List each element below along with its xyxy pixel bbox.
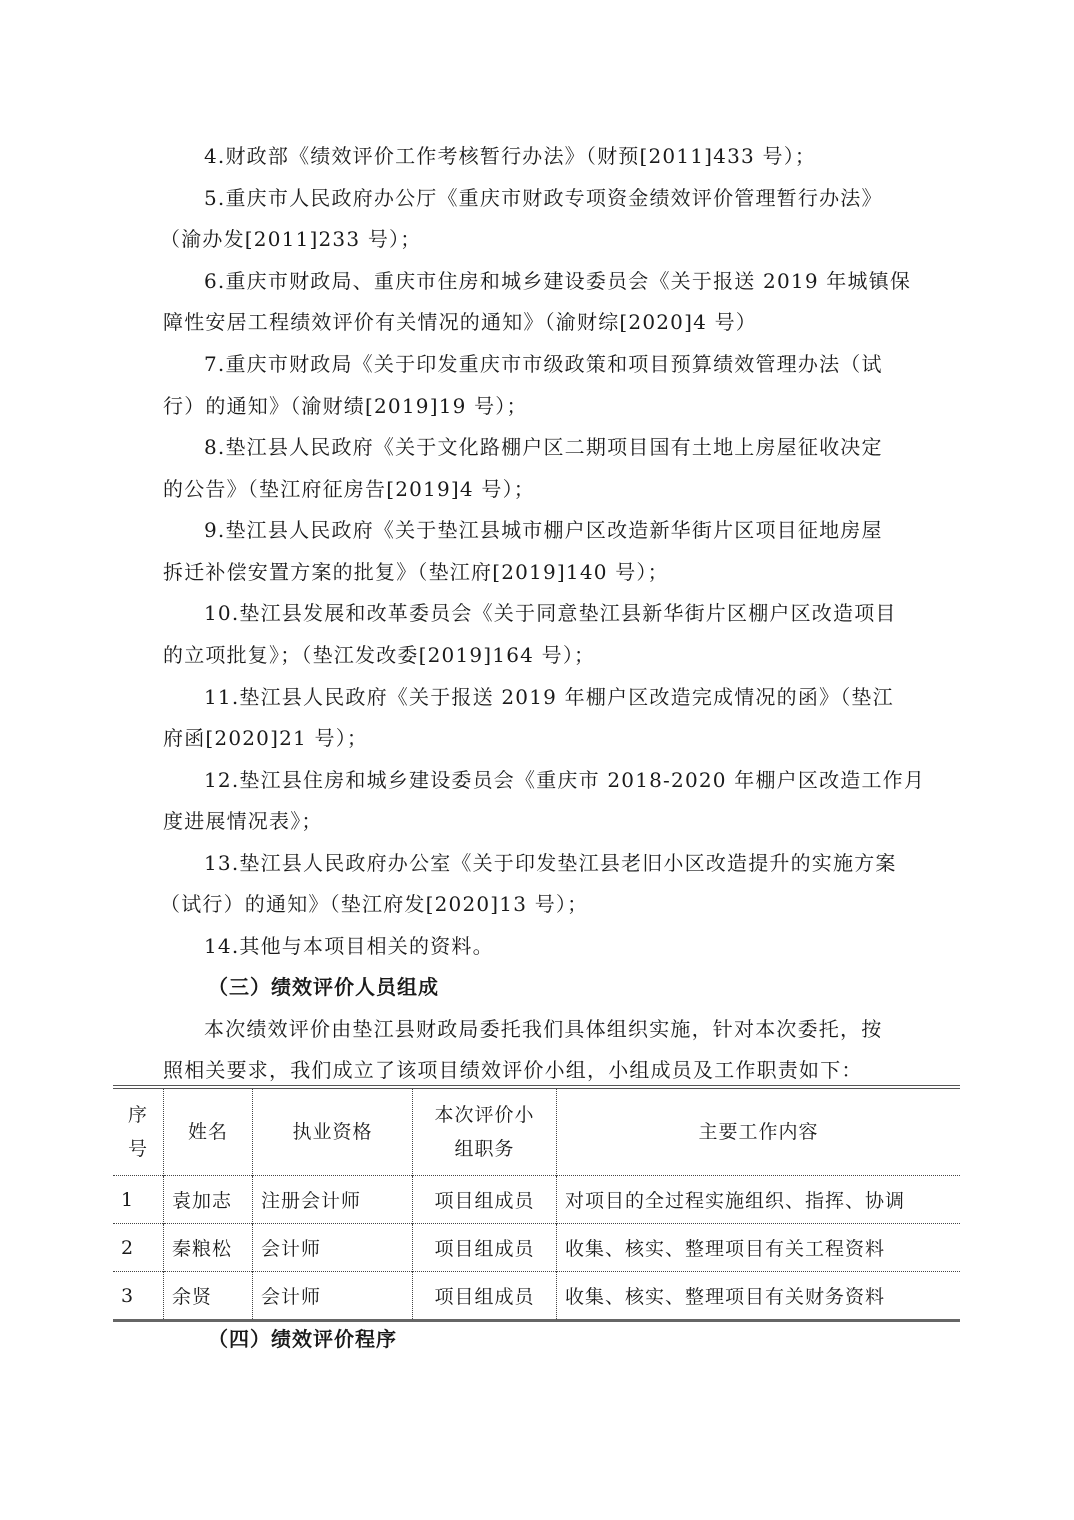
reference-item-11: 11.垫江县人民政府《关于报送 2019 年棚户区改造完成情况的函》（垫江 bbox=[204, 684, 894, 710]
reference-item-10-cont: 的立项批复》；（垫江发改委[2019]164 号）； bbox=[163, 642, 595, 668]
reference-item-12: 12.垫江县住房和城乡建设委员会《重庆市 2018-2020 年棚户区改造工作月 bbox=[204, 767, 925, 793]
section-heading-procedure: （四）绩效评价程序 bbox=[208, 1326, 397, 1352]
reference-item-11-cont: 府函[2020]21 号）； bbox=[163, 725, 368, 751]
header-role-line2: 组职务 bbox=[421, 1132, 548, 1166]
header-seq-line2: 号 bbox=[121, 1132, 155, 1166]
reference-item-8: 8.垫江县人民政府《关于文化路棚户区二期项目国有土地上房屋征收决定 bbox=[204, 434, 883, 460]
reference-item-6: 6.重庆市财政局、重庆市住房和城乡建设委员会《关于报送 2019 年城镇保 bbox=[204, 268, 911, 294]
reference-item-13-cont: （试行）的通知》（垫江府发[2020]13 号）； bbox=[160, 891, 588, 917]
header-work: 主要工作内容 bbox=[557, 1087, 961, 1176]
cell-qualification: 注册会计师 bbox=[253, 1176, 413, 1224]
cell-name: 袁加志 bbox=[164, 1176, 253, 1224]
header-role-line1: 本次评价小 bbox=[421, 1098, 548, 1132]
reference-item-10: 10.垫江县发展和改革委员会《关于同意垫江县新华街片区棚户区改造项目 bbox=[204, 600, 897, 626]
table-header-row: 序 号 姓名 执业资格 本次评价小 组职务 主要工作内容 bbox=[113, 1087, 960, 1176]
section-heading-staff: （三）绩效评价人员组成 bbox=[208, 974, 439, 1000]
reference-item-7: 7.重庆市财政局《关于印发重庆市市级政策和项目预算绩效管理办法（试 bbox=[204, 351, 883, 377]
cell-role: 项目组成员 bbox=[413, 1224, 557, 1272]
cell-seq: 2 bbox=[113, 1224, 164, 1272]
header-qualification: 执业资格 bbox=[253, 1087, 413, 1176]
reference-item-12-cont: 度进展情况表》； bbox=[163, 808, 323, 834]
table-row: 3 余贤 会计师 项目组成员 收集、核实、整理项目有关财务资料 bbox=[113, 1272, 960, 1321]
cell-role: 项目组成员 bbox=[413, 1272, 557, 1321]
reference-item-13: 13.垫江县人民政府办公室《关于印发垫江县老旧小区改造提升的实施方案 bbox=[204, 850, 897, 876]
reference-item-5-cont: （渝办发[2011]233 号）； bbox=[160, 226, 421, 252]
reference-item-8-cont: 的公告》（垫江府征房告[2019]4 号）； bbox=[163, 476, 535, 502]
cell-seq: 1 bbox=[113, 1176, 164, 1224]
cell-seq: 3 bbox=[113, 1272, 164, 1321]
reference-item-6-cont: 障性安居工程绩效评价有关情况的通知》（渝财综[2020]4 号） bbox=[163, 309, 757, 335]
staff-table: 序 号 姓名 执业资格 本次评价小 组职务 主要工作内容 1 袁加志 注册会计师… bbox=[113, 1085, 960, 1322]
header-seq-line1: 序 bbox=[121, 1098, 155, 1132]
cell-name: 秦粮松 bbox=[164, 1224, 253, 1272]
reference-item-9: 9.垫江县人民政府《关于垫江县城市棚户区改造新华街片区项目征地房屋 bbox=[204, 517, 883, 543]
cell-work: 收集、核实、整理项目有关工程资料 bbox=[557, 1224, 961, 1272]
section3-paragraph-line2: 照相关要求，我们成立了该项目绩效评价小组，小组成员及工作职责如下： bbox=[163, 1057, 863, 1083]
cell-qualification: 会计师 bbox=[253, 1224, 413, 1272]
cell-work: 对项目的全过程实施组织、指挥、协调 bbox=[557, 1176, 961, 1224]
cell-name: 余贤 bbox=[164, 1272, 253, 1321]
reference-item-4: 4.财政部《绩效评价工作考核暂行办法》（财预[2011]433 号）； bbox=[204, 143, 816, 169]
header-seq: 序 号 bbox=[113, 1087, 164, 1176]
header-name: 姓名 bbox=[164, 1087, 253, 1176]
reference-item-7-cont: 行）的通知》（渝财绩[2019]19 号）； bbox=[163, 393, 528, 419]
cell-role: 项目组成员 bbox=[413, 1176, 557, 1224]
table-row: 2 秦粮松 会计师 项目组成员 收集、核实、整理项目有关工程资料 bbox=[113, 1224, 960, 1272]
cell-work: 收集、核实、整理项目有关财务资料 bbox=[557, 1272, 961, 1321]
reference-item-14: 14.其他与本项目相关的资料。 bbox=[204, 933, 494, 959]
section3-paragraph-line1: 本次绩效评价由垫江县财政局委托我们具体组织实施，针对本次委托，按 bbox=[204, 1016, 882, 1042]
table-row: 1 袁加志 注册会计师 项目组成员 对项目的全过程实施组织、指挥、协调 bbox=[113, 1176, 960, 1224]
reference-item-5: 5.重庆市人民政府办公厅《重庆市财政专项资金绩效评价管理暂行办法》 bbox=[204, 185, 883, 211]
reference-item-9-cont: 拆迁补偿安置方案的批复》（垫江府[2019]140 号）； bbox=[163, 559, 669, 585]
document-page: 4.财政部《绩效评价工作考核暂行办法》（财预[2011]433 号）； 5.重庆… bbox=[0, 0, 1074, 1520]
header-role: 本次评价小 组职务 bbox=[413, 1087, 557, 1176]
cell-qualification: 会计师 bbox=[253, 1272, 413, 1321]
